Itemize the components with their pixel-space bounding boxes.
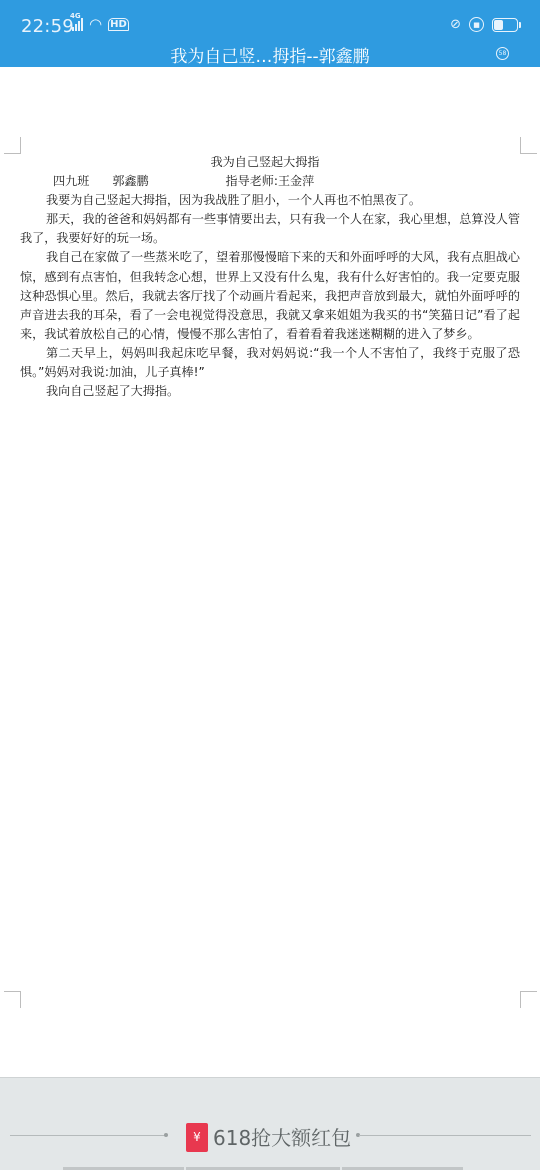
essay-title: 我为自己竖起大拇指 [20, 153, 520, 172]
document-title: 我为自己竖…拇指--郭鑫鹏 [0, 42, 540, 67]
essay-meta: 四九班 郭鑫鹏 指导老师:王金萍 [20, 172, 520, 191]
hd-icon: HD [108, 18, 129, 31]
paragraph: 我向自己竖起了大拇指。 [20, 382, 520, 401]
divider [10, 1135, 165, 1136]
promo-label[interactable]: 618抢大额红包 [213, 1122, 351, 1151]
battery-icon [492, 18, 518, 32]
paragraph: 我要为自己竖起大拇指，因为我战胜了胆小，一个人再也不怕黑夜了。 [20, 191, 520, 210]
bottom-panel: ¥ 618抢大额红包 [0, 1077, 540, 1170]
status-time: 22:59 [21, 16, 74, 37]
divider-dot [164, 1133, 168, 1137]
margin-corner-top-left [4, 137, 21, 154]
promo-banner[interactable]: ¥ 618抢大额红包 [0, 1124, 540, 1148]
margin-corner-top-right [520, 137, 537, 154]
document-body: 我为自己竖起大拇指 四九班 郭鑫鹏 指导老师:王金萍 我要为自己竖起大拇指，因为… [20, 153, 520, 401]
rotation-lock-icon: ■ [469, 17, 484, 32]
signal-icon: 4G [72, 17, 83, 31]
paragraph: 那天，我的爸爸和妈妈都有一些事情要出去，只有我一个人在家，我心里想，总算没人管我… [20, 210, 520, 248]
margin-corner-bottom-left [4, 991, 21, 1008]
top-bar: 22:59 4G ◠ HD ⊘ ■ 我为自己竖…拇指--郭鑫鹏 58 [0, 0, 540, 67]
status-bar: 22:59 4G ◠ HD ⊘ ■ [0, 0, 540, 40]
divider [359, 1135, 531, 1136]
badge-icon[interactable]: 58 [496, 47, 509, 60]
vibrate-icon: ⊘ [450, 17, 461, 32]
wifi-icon: ◠ [89, 17, 102, 31]
status-right-icons: ⊘ ■ [450, 17, 518, 32]
network-indicators: 4G ◠ HD [72, 17, 129, 31]
red-packet-icon: ¥ [186, 1123, 208, 1152]
document-page[interactable]: 我为自己竖起大拇指 四九班 郭鑫鹏 指导老师:王金萍 我要为自己竖起大拇指，因为… [0, 67, 540, 1077]
paragraph: 第二天早上，妈妈叫我起床吃早餐，我对妈妈说:“我一个人不害怕了，我终于克服了恐惧… [20, 344, 520, 382]
paragraph: 我自己在家做了一些蒸米吃了，望着那慢慢暗下来的天和外面呼呼的大风，我有点胆战心惊… [20, 248, 520, 343]
margin-corner-bottom-right [520, 991, 537, 1008]
